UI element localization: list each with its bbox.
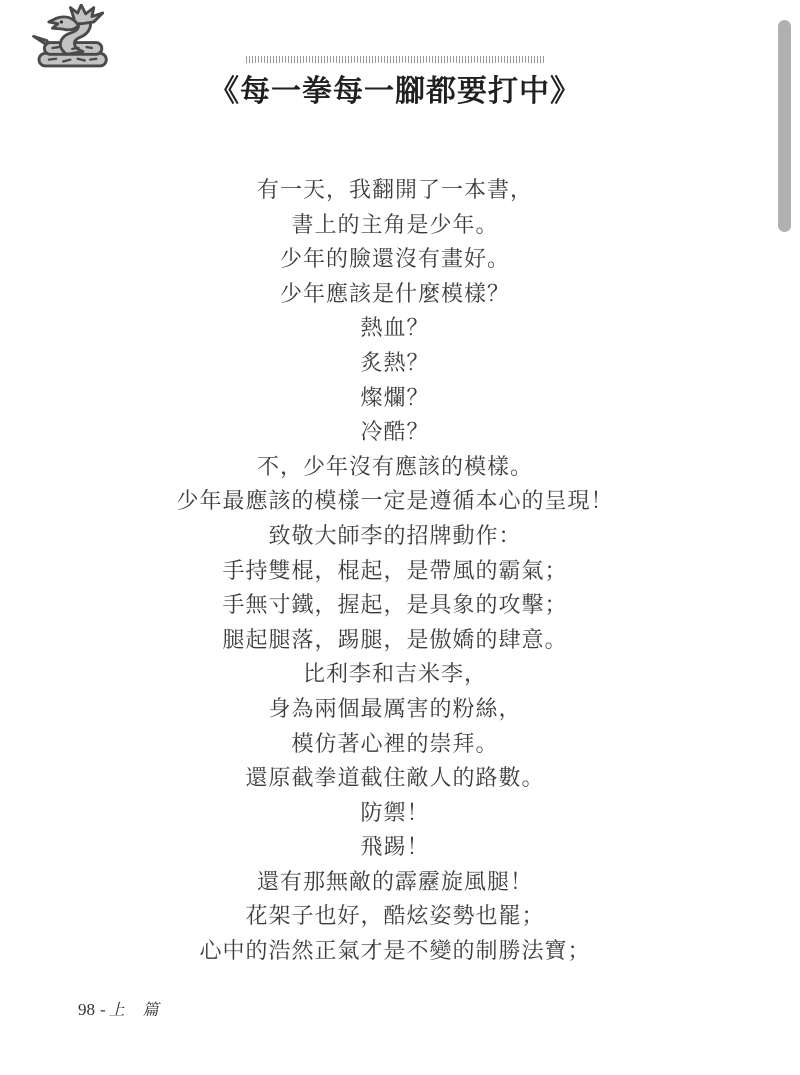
poem-line: 少年應該是什麼模樣？ xyxy=(0,277,790,312)
tick-divider xyxy=(246,56,544,63)
poem-line: 手持雙棍，棍起，是帶風的霸氣； xyxy=(0,554,790,589)
poem-line: 手無寸鐵，握起，是具象的攻擊； xyxy=(0,588,790,623)
poem-line: 防禦！ xyxy=(0,796,790,831)
page-number: 98 xyxy=(78,1000,95,1019)
poem-line: 冷酷？ xyxy=(0,415,790,450)
poem-line: 燦爛？ xyxy=(0,381,790,416)
poem-line: 炙熱？ xyxy=(0,346,790,381)
poem-line: 少年最應該的模樣一定是遵循本心的呈現！ xyxy=(0,484,790,519)
poem-line: 不，少年沒有應該的模樣。 xyxy=(0,450,790,485)
poem-line: 比利李和吉米李， xyxy=(0,657,790,692)
poem-line: 少年的臉還沒有畫好。 xyxy=(0,242,790,277)
page-footer: 98-上 篇 xyxy=(78,997,166,1020)
section-label: 上 篇 xyxy=(109,1002,166,1019)
poem-line: 身為兩個最厲害的粉絲， xyxy=(0,692,790,727)
poem-line: 花架子也好，酷炫姿勢也罷； xyxy=(0,899,790,934)
poem-line: 還原截拳道截住敵人的路數。 xyxy=(0,761,790,796)
poem-line: 還有那無敵的霹靂旋風腿！ xyxy=(0,865,790,900)
poem-line: 有一天，我翻開了一本書， xyxy=(0,173,790,208)
poem-line: 書上的主角是少年。 xyxy=(0,208,790,243)
poem-line: 熱血？ xyxy=(0,311,790,346)
poem-line: 模仿著心裡的崇拜。 xyxy=(0,727,790,762)
book-page: 《每一拳每一腳都要打中》 有一天，我翻開了一本書， 書上的主角是少年。 少年的臉… xyxy=(0,0,800,1075)
header: 《每一拳每一腳都要打中》 xyxy=(0,56,790,108)
page-title: 《每一拳每一腳都要打中》 xyxy=(0,76,790,108)
poem-line: 致敬大師李的招牌動作： xyxy=(0,519,790,554)
poem-line: 飛踢！ xyxy=(0,830,790,865)
footer-separator: - xyxy=(100,1000,106,1019)
poem-line: 腿起腿落，踢腿，是傲嬌的肆意。 xyxy=(0,623,790,658)
poem-line: 心中的浩然正氣才是不變的制勝法寶； xyxy=(0,934,790,969)
poem: 有一天，我翻開了一本書， 書上的主角是少年。 少年的臉還沒有畫好。 少年應該是什… xyxy=(0,173,790,969)
